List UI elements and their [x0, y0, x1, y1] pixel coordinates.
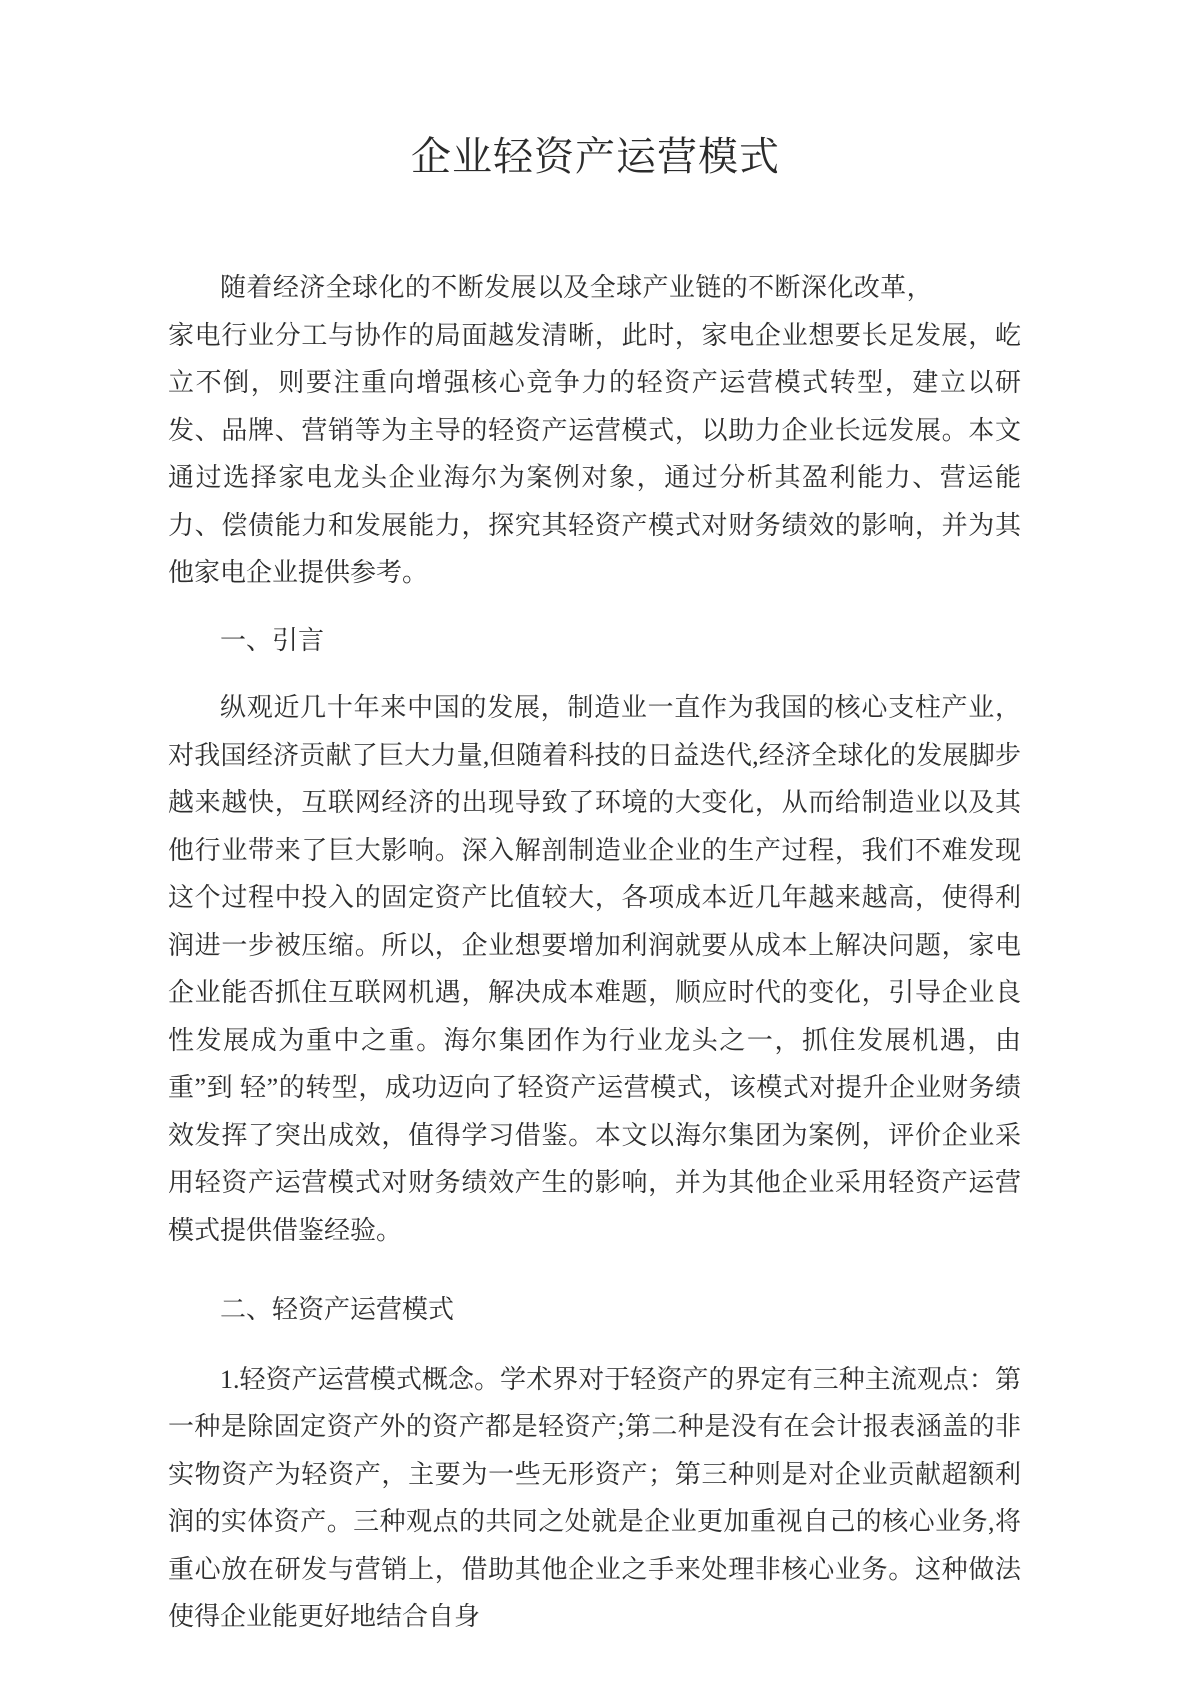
light-asset-definition-paragraph: 1.轻资产运营模式概念。学术界对于轻资产的界定有三种主流观点：第一种是除固定资产…: [168, 1356, 1021, 1641]
text-gap: [933, 295, 1021, 296]
section-heading-light-asset-model: 二、轻资产运营模式: [168, 1286, 1021, 1334]
section-heading-introduction: 一、引言: [168, 617, 1021, 665]
document-page: 企业轻资产运营模式 随着经济全球化的不断发展以及全球产业链的不断深化改革，家电行…: [0, 0, 1191, 1684]
abstract-text-after-gap: 家电行业分工与协作的局面越发清晰，此时，家电企业想要长足发展，屹立不倒，则要注重…: [168, 321, 1021, 588]
abstract-paragraph: 随着经济全球化的不断发展以及全球产业链的不断深化改革，家电行业分工与协作的局面越…: [168, 264, 1021, 597]
abstract-text-before-gap: 随着经济全球化的不断发展以及全球产业链的不断深化改革，: [220, 273, 933, 302]
introduction-paragraph: 纵观近几十年来中国的发展，制造业一直作为我国的核心支柱产业，对我国经济贡献了巨大…: [168, 684, 1021, 1254]
document-title: 企业轻资产运营模式: [0, 129, 1191, 185]
